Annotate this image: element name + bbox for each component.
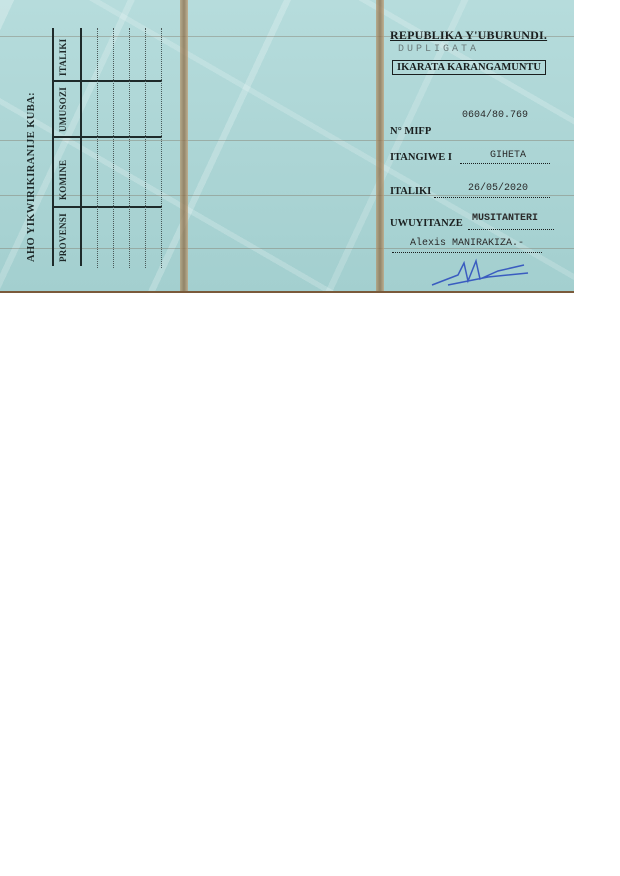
dotted-row-line: [145, 28, 146, 268]
fold-seam: [376, 0, 384, 291]
issuer-label: UWUYITANZE: [390, 218, 463, 229]
dotted-row-line: [161, 28, 162, 268]
mifp-number-value: 0604/80.769: [462, 110, 528, 121]
dotted-line: [434, 197, 550, 198]
issuer-name-value: Alexis MANIRAKIZA.-: [410, 238, 524, 249]
column-header-italiki: ITALIKI: [58, 39, 68, 76]
dotted-row-line: [129, 28, 130, 268]
left-panel-title: AHO YIKWIRIKIRANIJE KUBA:: [26, 92, 37, 262]
issued-at-value: GIHETA: [490, 150, 526, 161]
date-value: 26/05/2020: [468, 183, 528, 194]
date-label: ITALIKI: [390, 186, 431, 197]
column-header-umusozi: UMUSOZI: [58, 87, 68, 132]
country-header: REPUBLIKA Y'UBURUNDI.: [390, 28, 547, 43]
dotted-line: [460, 163, 550, 164]
fold-seam: [180, 0, 188, 291]
table-border: [80, 28, 82, 266]
duplicate-stamp: DUPLIGATA: [398, 44, 479, 55]
right-panel: REPUBLIKA Y'UBURUNDI. DUPLIGATA IKARATA …: [388, 0, 574, 291]
signature-icon: [428, 255, 538, 289]
card-title: IKARATA KARANGAMUNTU: [392, 60, 546, 75]
dotted-line: [468, 229, 554, 230]
dotted-row-line: [97, 28, 98, 268]
column-header-provensi: PROVENSI: [58, 213, 68, 262]
column-header-komine: KOMINE: [58, 160, 68, 200]
dotted-line: [392, 252, 542, 253]
middle-panel: [188, 0, 376, 291]
identity-card: AHO YIKWIRIKIRANIJE KUBA: PROVENSI KOMIN…: [0, 0, 574, 293]
mifp-number-label: N° MIFP: [390, 126, 431, 137]
table-border: [52, 28, 54, 266]
dotted-row-line: [113, 28, 114, 268]
issuer-value: MUSITANTERI: [472, 213, 538, 224]
issued-at-label: ITANGIWE I: [390, 152, 452, 163]
